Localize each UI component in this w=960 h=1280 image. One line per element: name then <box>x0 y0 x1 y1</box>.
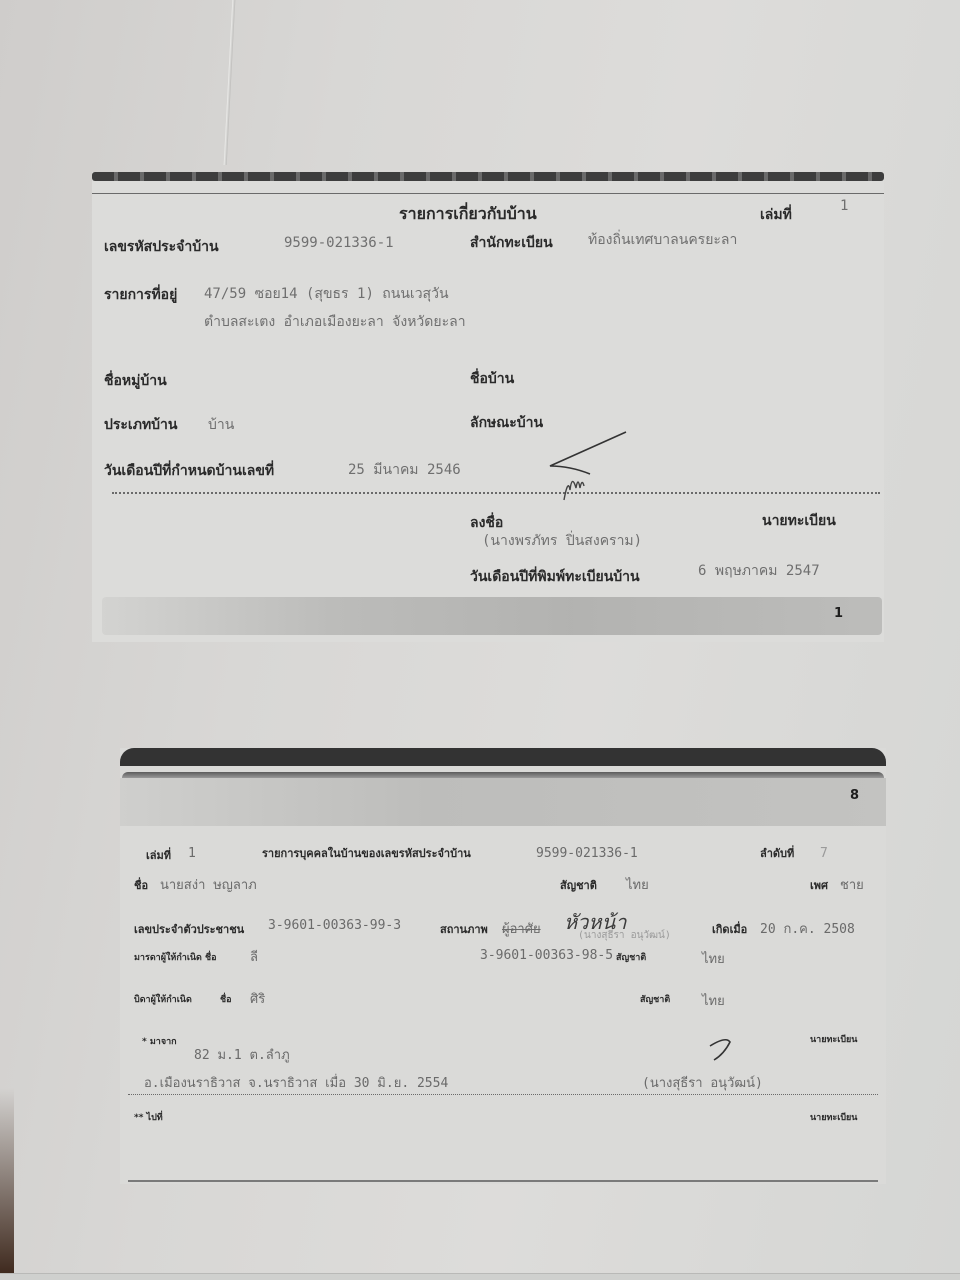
house-code-value: 9599-021336-1 <box>536 846 638 861</box>
mother-id: 3-9601-00363-98-5 <box>480 948 613 963</box>
number-assigned-date-value: 25 มีนาคม 2546 <box>348 459 461 481</box>
volume-value: 1 <box>188 846 196 861</box>
volume-value: 1 <box>840 198 848 214</box>
mother-nationality-value: ไทย <box>702 948 725 969</box>
paper-edge-shadow <box>0 0 14 1280</box>
dotted-divider <box>128 1094 878 1095</box>
name-label: ชื่อ <box>134 876 148 894</box>
father-nationality-value: ไทย <box>702 990 725 1011</box>
page-number: 8 <box>850 788 859 803</box>
moved-to-label: ** ไปที่ <box>134 1110 163 1124</box>
mother-nationality-label: สัญชาติ <box>616 950 646 964</box>
dotted-divider <box>112 492 880 494</box>
house-character-label: ลักษณะบ้าน <box>470 412 543 434</box>
birth-label: เกิดเมื่อ <box>712 920 747 938</box>
mother-name: ลี <box>250 946 258 967</box>
card-top-line <box>92 193 884 194</box>
id-label: เลขประจำตัวประชาชน <box>134 920 244 938</box>
order-label: ลำดับที่ <box>760 844 794 862</box>
nationality-value: ไทย <box>626 874 649 895</box>
village-name-label: ชื่อหมู่บ้าน <box>104 370 167 392</box>
name-value: นายสง่า ษญลาภ <box>160 874 257 895</box>
sex-label: เพศ <box>810 876 828 894</box>
moved-from-label: * มาจาก <box>142 1034 177 1048</box>
house-type-value: บ้าน <box>208 414 234 436</box>
registry-office-value: ท้องถิ่นเทศบาลนครยะลา <box>588 229 737 251</box>
house-code-value: 9599-021336-1 <box>284 235 394 251</box>
print-date-value: 6 พฤษภาคม 2547 <box>698 560 820 582</box>
address-label: รายการที่อยู่ <box>104 284 177 306</box>
moved-to-registrar-label: นายทะเบียน <box>810 1110 857 1124</box>
paper-bottom-edge <box>0 1273 960 1280</box>
volume-label: เล่มที่ <box>146 846 171 864</box>
card-top-border <box>92 172 884 181</box>
person-record-title: รายการบุคคลในบ้านของเลขรหัสประจำบ้าน <box>262 844 471 862</box>
number-assigned-date-label: วันเดือนปีที่กำหนดบ้านเลขที่ <box>104 460 274 482</box>
address-line1: 47/59 ซอย14 (สุขธร 1) ถนนเวสุวัน <box>204 283 449 305</box>
house-code-label: เลขรหัสประจำบ้าน <box>104 236 219 258</box>
card-top-band <box>120 748 886 766</box>
signature-mark <box>542 430 632 510</box>
father-nationality-label: สัญชาติ <box>640 992 670 1006</box>
house-type-label: ประเภทบ้าน <box>104 414 178 436</box>
father-name: ศิริ <box>250 988 265 1009</box>
card-bottom-line <box>128 1180 878 1182</box>
registrar-name: (นางพรภัทร ปิ่นสงคราม) <box>482 530 642 552</box>
signature-mark <box>706 1036 746 1066</box>
volume-label: เล่มที่ <box>760 204 792 226</box>
father-label: บิดาผู้ให้กำเนิด <box>134 992 192 1006</box>
birth-date-value: 20 ก.ค. 2508 <box>760 918 855 939</box>
print-date-label: วันเดือนปีที่พิมพ์ทะเบียนบ้าน <box>470 566 640 588</box>
address-line2: ตำบลสะเตง อำเภอเมืองยะลา จังหวัดยะลา <box>204 311 466 333</box>
page-bar <box>102 597 882 635</box>
order-value: 7 <box>820 846 828 861</box>
id-value: 3-9601-00363-99-3 <box>268 918 401 933</box>
page-number: 1 <box>834 606 843 621</box>
registrar-label: นายทะเบียน <box>810 1032 857 1046</box>
father-name-label: ชื่อ <box>220 992 232 1006</box>
status-handwritten: หัวหน้า <box>564 906 627 938</box>
registrar-name: (นางสุธีรา อนุวัฒน์) <box>642 1072 763 1093</box>
status-struck-value: ผู้อาศัย <box>502 918 541 939</box>
registry-office-label: สำนักทะเบียน <box>470 232 553 254</box>
sex-value: ชาย <box>840 874 864 895</box>
person-record-card: 8 เล่มที่ 1 รายการบุคคลในบ้านของเลขรหัสป… <box>120 748 886 1184</box>
house-name-label: ชื่อบ้าน <box>470 368 514 390</box>
moved-from-line2: อ.เมืองนราธิวาส จ.นราธิวาส เมื่อ 30 มิ.ย… <box>144 1072 448 1093</box>
nationality-label: สัญชาติ <box>560 876 597 894</box>
status-label: สถานภาพ <box>440 920 488 938</box>
moved-from-line1: 82 ม.1 ต.ลำภู <box>194 1044 290 1065</box>
mother-label: มารดาผู้ให้กำเนิด ชื่อ <box>134 950 217 964</box>
page-header-bar <box>120 778 886 826</box>
house-record-title: รายการเกี่ยวกับบ้าน <box>399 202 537 227</box>
registrar-label: นายทะเบียน <box>762 510 836 532</box>
house-record-card: รายการเกี่ยวกับบ้าน เล่มที่ 1 เลขรหัสประ… <box>92 172 884 642</box>
